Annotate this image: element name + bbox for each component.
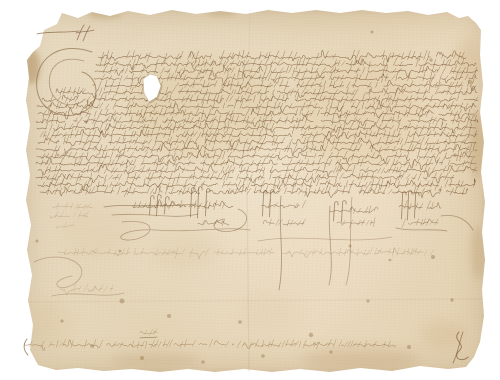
- photo-caption: Photograph of an early-modern handwritte…: [0, 0, 1, 1]
- paper-stain: [472, 225, 484, 280]
- paper-stain: [420, 320, 466, 350]
- paper-stain: [60, 200, 140, 260]
- paper-stain: [240, 290, 300, 330]
- paper-stain: [300, 348, 420, 370]
- paper-stain: [24, 50, 40, 84]
- paper-stain: [455, 40, 481, 80]
- manuscript-photo: Photograph of an early-modern handwritte…: [0, 0, 500, 380]
- paper-stain: [206, 9, 236, 17]
- paper-stain: [470, 110, 484, 180]
- paper-stain: [110, 352, 200, 368]
- paper-stain: [290, 60, 420, 170]
- paper-stain: [130, 60, 280, 160]
- paper-stain: [88, 9, 122, 19]
- parchment-sheet: [21, 8, 488, 374]
- paper-stain: [30, 300, 70, 350]
- paper-stain: [150, 230, 220, 270]
